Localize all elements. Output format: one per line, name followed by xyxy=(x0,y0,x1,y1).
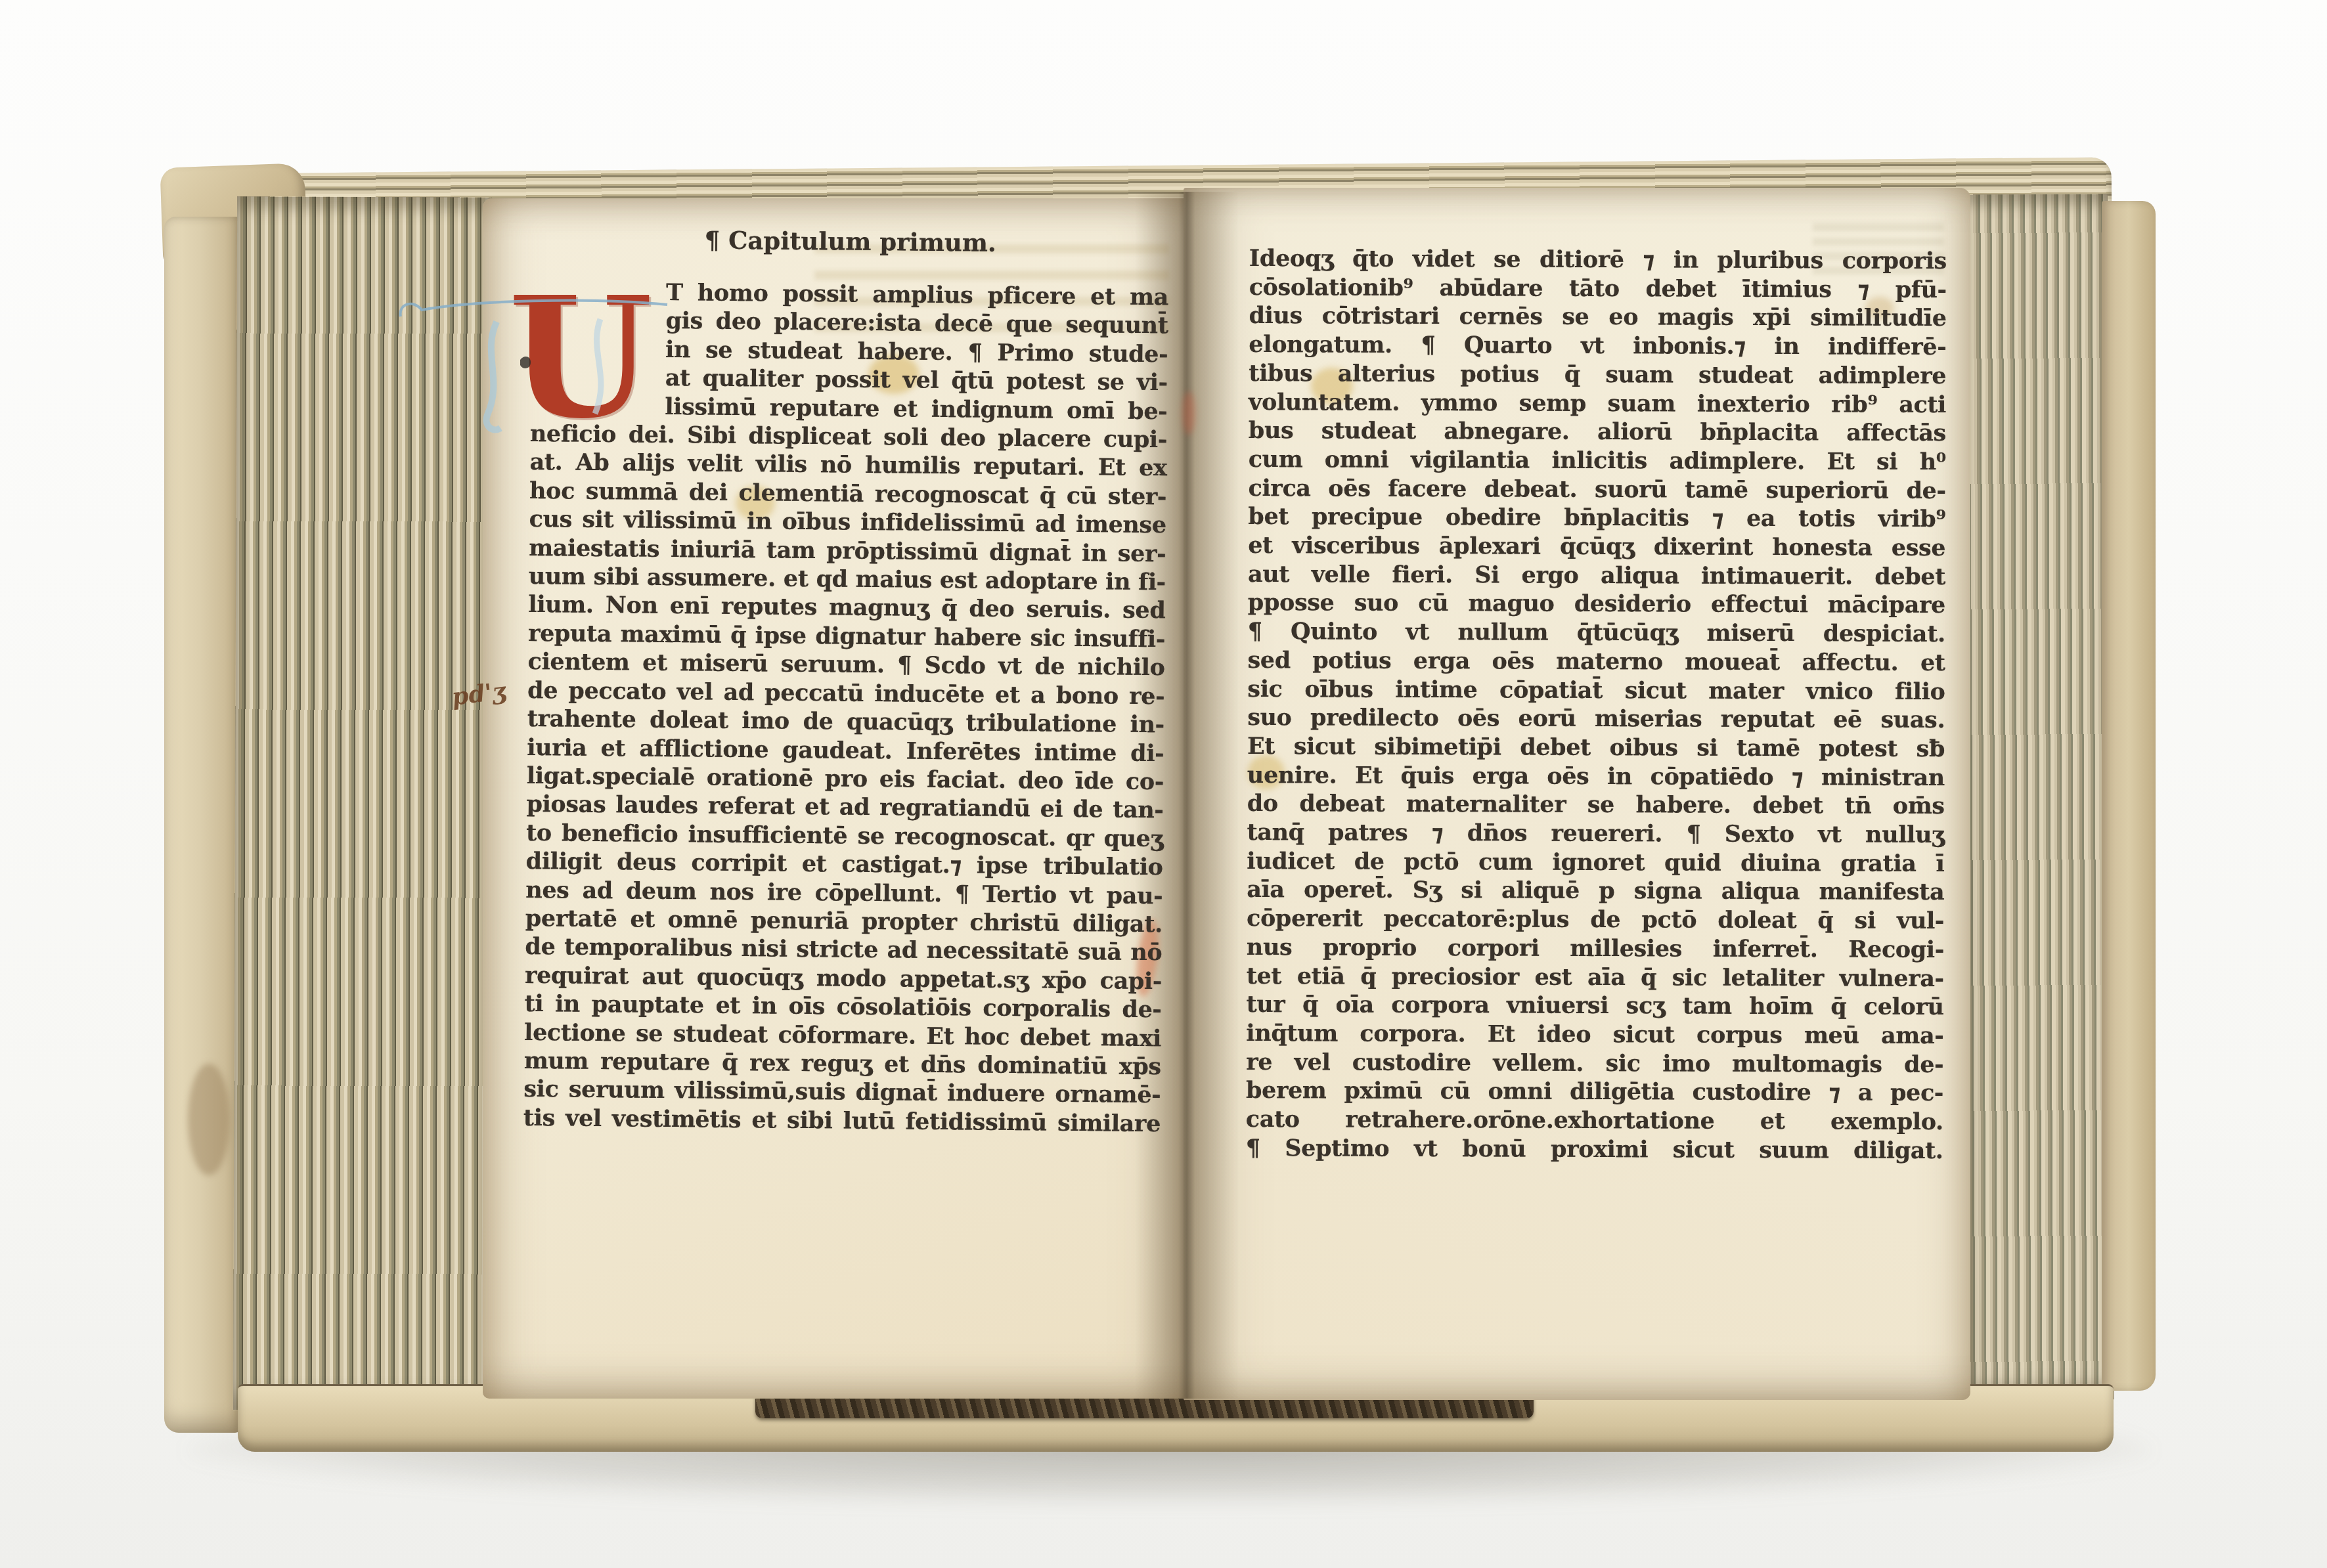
text-line: cōpererit peccatorē:plus de pctō doleat … xyxy=(1247,904,1944,936)
text-line: tur q̄ oīa corpora vniuersi scʒ tam hoīm… xyxy=(1246,990,1943,1022)
text-line: suo predilecto oēs eorū miserias reputat… xyxy=(1247,703,1945,735)
text-line: circa oēs facere debeat. suorū tamē supe… xyxy=(1248,474,1945,506)
text-line: gis deo placere:ista decē que sequunt̄ xyxy=(665,307,1168,340)
right-text-column: Ideoqʒ q̄to videt se ditiorē ⁊ in plurib… xyxy=(1246,244,1947,1165)
text-line: voluntatem. ymmo semp suam inexterio rib… xyxy=(1249,388,1946,420)
text-line: cato retrahere.orōne.exhortatione et exe… xyxy=(1246,1105,1943,1137)
text-line: sed potius erga oēs materno moueat̄ affe… xyxy=(1247,646,1945,678)
text-line: uenire. Et q̄uis erga oēs in cōpatiēdo ⁊… xyxy=(1247,761,1945,793)
photo-backdrop: ¶ Capitulum primum. T homo possit ampliu… xyxy=(0,0,2327,1568)
text-line: inq̄tum corpora. Et ideo sicut corpus me… xyxy=(1246,1019,1943,1051)
left-vellum-cover xyxy=(164,217,242,1433)
text-line: tet etiā q̄ preciosior est aīa q̄ sic le… xyxy=(1247,962,1944,993)
chapter-heading: ¶ Capitulum primum. xyxy=(532,223,1169,259)
penwork-flourish-icon xyxy=(391,276,680,473)
text-line: ¶ Septimo vt bonū proximi sicut suum dil… xyxy=(1246,1134,1943,1165)
text-line: in se studeat habere. ¶ Primo stude- xyxy=(665,336,1168,369)
text-line: tis vel vestimētis et sibi lutū fetidiss… xyxy=(523,1104,1161,1139)
text-line: tibus alterius potius q̄ suam studeat ad… xyxy=(1249,359,1946,391)
text-line: re vel custodire vellem. sic imo multoma… xyxy=(1246,1048,1943,1079)
text-line: elongatum. ¶ Quarto vt inbonis.⁊ in indi… xyxy=(1249,330,1946,362)
text-line: aut velle fieri. Si ergo aliqua intimaue… xyxy=(1248,560,1945,592)
text-line: at qualiter possit vel q̄tū potest se vi… xyxy=(665,364,1168,397)
text-line: ¶ Quinto vt nullum q̄tūcūqʒ miserū despi… xyxy=(1248,617,1945,649)
right-fore-edge-leaves xyxy=(1962,194,2114,1400)
text-line: bus studeat abnegare. aliorū bn̄placita … xyxy=(1249,416,1946,448)
text-line: tanq̄ patres ⁊ dn̄os reuereri. ¶ Sexto v… xyxy=(1247,818,1944,850)
text-line: et visceribus āplexari q̄cūqʒ dixerint h… xyxy=(1248,531,1945,563)
text-line: Et sicut sibimetip̄i debet oibus si tamē… xyxy=(1247,732,1945,764)
text-line: lissimū reputare et indignum omī be- xyxy=(665,393,1167,426)
right-text-block: Ideoqʒ q̄to videt se ditiorē ⁊ in plurib… xyxy=(1246,244,1947,1165)
text-line: cōsolationib⁹ abūdare tāto debet ītimius… xyxy=(1249,273,1947,305)
red-ink-spot xyxy=(1182,391,1195,435)
text-line: bet precipue obedire bn̄placitis ⁊ ea to… xyxy=(1248,502,1945,534)
text-line: nus proprio corpori millesies inferret̄.… xyxy=(1247,933,1944,965)
text-line: berem pximū cū omni diligētia custodire … xyxy=(1246,1076,1943,1108)
right-vellum-cover xyxy=(2102,201,2156,1391)
text-line: pposse suo cū maguo desiderio effectui m… xyxy=(1248,588,1945,620)
text-line: iudicet de pctō cum ignoret quid diuina … xyxy=(1247,847,1944,879)
text-line: dius cōtristari cernēs se eo magis xp̄i … xyxy=(1249,301,1946,333)
text-line: sic oībus intime cōpatiat̄ sicut mater v… xyxy=(1247,675,1945,707)
text-line: T homo possit amplius pficere et ma xyxy=(666,278,1168,312)
text-line: aīa operet̄. Sʒ si aliquē p signa aliqua… xyxy=(1247,875,1944,907)
text-line: Ideoqʒ q̄to videt se ditiorē ⁊ in plurib… xyxy=(1249,244,1947,276)
text-line: cum omni vigilantia inlicitis adimplere.… xyxy=(1249,445,1946,477)
text-line: do debeat maternaliter se habere. debet … xyxy=(1247,789,1945,821)
cover-stain xyxy=(188,1064,230,1175)
